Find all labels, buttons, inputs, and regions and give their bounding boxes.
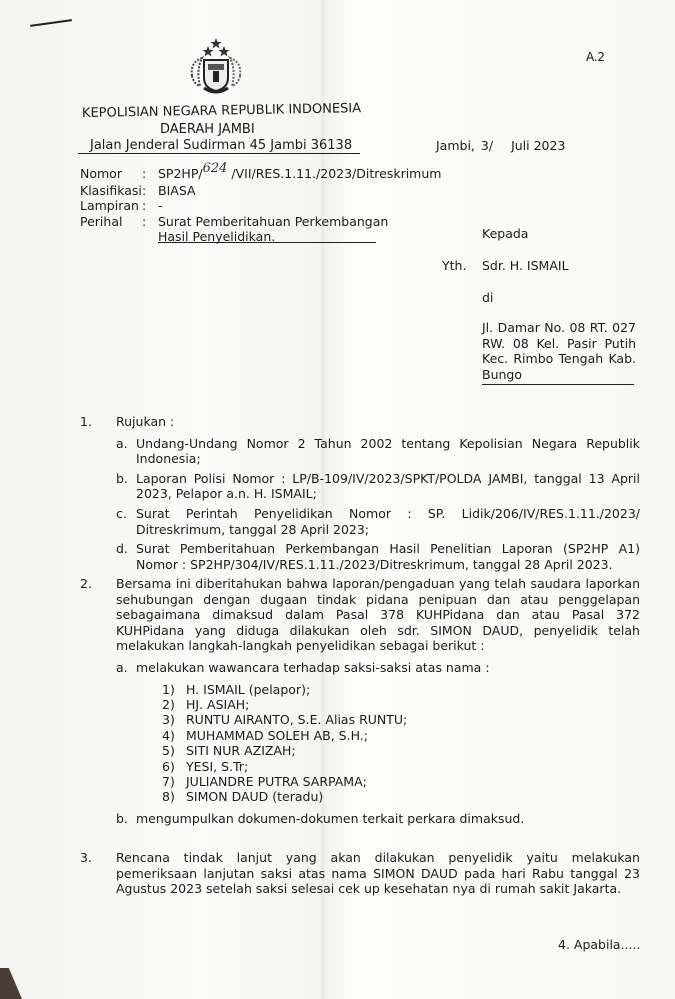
item-label: a. [116,436,136,467]
date-place: Jambi, [436,138,475,153]
pen-mark [30,19,72,27]
meta-value: SP2HP/624 /VII/RES.1.11./2023/Ditreskrim… [158,166,441,183]
organization-address: Jalan Jenderal Sudirman 45 Jambi 36138 [90,138,352,153]
item-label: d. [116,541,136,572]
witness-name: MUHAMMAD SOLEH AB, S.H.; [186,728,368,743]
witness-name: YESI, S.Tr; [186,759,248,774]
witness-number: 8) [162,789,186,804]
rujukan-item: a. Undang-Undang Nomor 2 Tahun 2002 tent… [116,436,640,467]
witness-item: 1)H. ISMAIL (pelapor); [162,682,640,697]
recipient-yth: Yth. [442,258,466,273]
meta-colon: : [142,183,158,199]
section-text: Rencana tindak lanjut yang akan dilakuka… [116,850,640,897]
meta-value: Surat Pemberitahuan Perkembangan Hasil P… [158,214,388,245]
date-month-year: Juli 2023 [511,138,565,153]
section-text: Bersama ini diberitahukan bahwa laporan/… [116,576,640,654]
meta-colon: : [142,166,158,183]
recipient-name: Sdr. H. ISMAIL [482,258,569,273]
police-emblem-icon [178,36,254,100]
item-label: b. [116,471,136,502]
nomor-prefix: SP2HP/ [158,166,203,181]
rujukan-item: d. Surat Pemberitahuan Perkembangan Hasi… [116,541,640,572]
letter-date: Jambi,3/Juli 2023 [436,138,565,153]
meta-perihal: Perihal : Surat Pemberitahuan Perkembang… [80,214,441,245]
step-b: b. mengumpulkan dokumen-dokumen terkait … [116,811,640,827]
meta-klasifikasi: Klasifikasi : BIASA [80,183,441,199]
meta-label: Nomor [80,166,142,183]
witness-name: SIMON DAUD (teradu) [186,789,323,804]
witness-item: 3)RUNTU AIRANTO, S.E. Alias RUNTU; [162,712,640,727]
witness-item: 5)SITI NUR AZIZAH; [162,743,640,758]
step-a: a. melakukan wawancara terhadap saksi-sa… [116,660,640,676]
witness-item: 4)MUHAMMAD SOLEH AB, S.H.; [162,728,640,743]
perihal-line-1: Surat Pemberitahuan Perkembangan [158,214,388,229]
section-number: 1. [80,414,92,430]
witness-number: 4) [162,728,186,743]
continued-marker: 4. Apabila..... [558,937,640,952]
rujukan-item: b. Laporan Polisi Nomor : LP/B-109/IV/20… [116,471,640,502]
perihal-underline [158,242,376,243]
item-text: Laporan Polisi Nomor : LP/B-109/IV/2023/… [136,471,640,502]
section-number: 2. [80,576,92,592]
meta-nomor: Nomor : SP2HP/624 /VII/RES.1.11./2023/Di… [80,166,441,183]
meta-colon: : [142,198,158,214]
witness-number: 7) [162,774,186,789]
address-underline [482,384,634,385]
witness-name: RUNTU AIRANTO, S.E. Alias RUNTU; [186,712,407,727]
witness-name: H. ISMAIL (pelapor); [186,682,310,697]
witness-item: 7)JULIANDRE PUTRA SARPAMA; [162,774,640,789]
meta-lampiran: Lampiran : - [80,198,441,214]
item-label: b. [116,811,136,827]
witness-list: 1)H. ISMAIL (pelapor); 2)HJ. ASIAH; 3)RU… [162,682,640,805]
item-text: melakukan wawancara terhadap saksi-saksi… [136,660,640,676]
item-text: mengumpulkan dokumen-dokumen terkait per… [136,811,640,827]
item-text: Surat Pemberitahuan Perkembangan Hasil P… [136,541,640,572]
document-page: A.2 KEPOLISIAN NEGARA REPUBLIK INDONESIA… [0,0,675,999]
recipient-di: di [482,290,493,305]
item-label: c. [116,506,136,537]
witness-number: 1) [162,682,186,697]
date-day: 3/ [481,138,493,153]
meta-label: Lampiran [80,198,142,214]
witness-number: 3) [162,712,186,727]
organization-region: DAERAH JAMBI [160,122,255,137]
meta-value: BIASA [158,183,196,199]
recipient-kepada: Kepada [482,226,528,241]
witness-item: 2)HJ. ASIAH; [162,697,640,712]
form-code: A.2 [586,50,605,64]
meta-colon: : [142,214,158,245]
nomor-handwritten: 624 [203,161,228,176]
witness-name: HJ. ASIAH; [186,697,249,712]
meta-label: Klasifikasi [80,183,142,199]
item-text: Undang-Undang Nomor 2 Tahun 2002 tentang… [136,436,640,467]
background-corner [0,968,22,999]
recipient-address: Jl. Damar No. 08 RT. 027 RW. 08 Kel. Pas… [482,320,636,382]
section-title: Rujukan : [116,414,640,430]
section-penyelidikan: 2. Bersama ini diberitahukan bahwa lapor… [80,576,640,826]
witness-name: SITI NUR AZIZAH; [186,743,296,758]
section-rujukan: 1. Rujukan : a. Undang-Undang Nomor 2 Ta… [80,414,640,572]
nomor-suffix: /VII/RES.1.11./2023/Ditreskrimum [231,166,441,181]
rujukan-item: c. Surat Perintah Penyelidikan Nomor : S… [116,506,640,537]
header-underline [78,153,360,154]
meta-label: Perihal [80,214,142,245]
letter-metadata: Nomor : SP2HP/624 /VII/RES.1.11./2023/Di… [80,166,441,245]
witness-number: 2) [162,697,186,712]
meta-value: - [158,198,163,214]
witness-number: 5) [162,743,186,758]
item-text: Surat Perintah Penyelidikan Nomor : SP. … [136,506,640,537]
section-number: 3. [80,850,92,866]
witness-number: 6) [162,759,186,774]
item-label: a. [116,660,136,676]
witness-name: JULIANDRE PUTRA SARPAMA; [186,774,367,789]
witness-item: 6)YESI, S.Tr; [162,759,640,774]
witness-item: 8)SIMON DAUD (teradu) [162,789,640,804]
section-rencana: 3. Rencana tindak lanjut yang akan dilak… [80,850,640,897]
